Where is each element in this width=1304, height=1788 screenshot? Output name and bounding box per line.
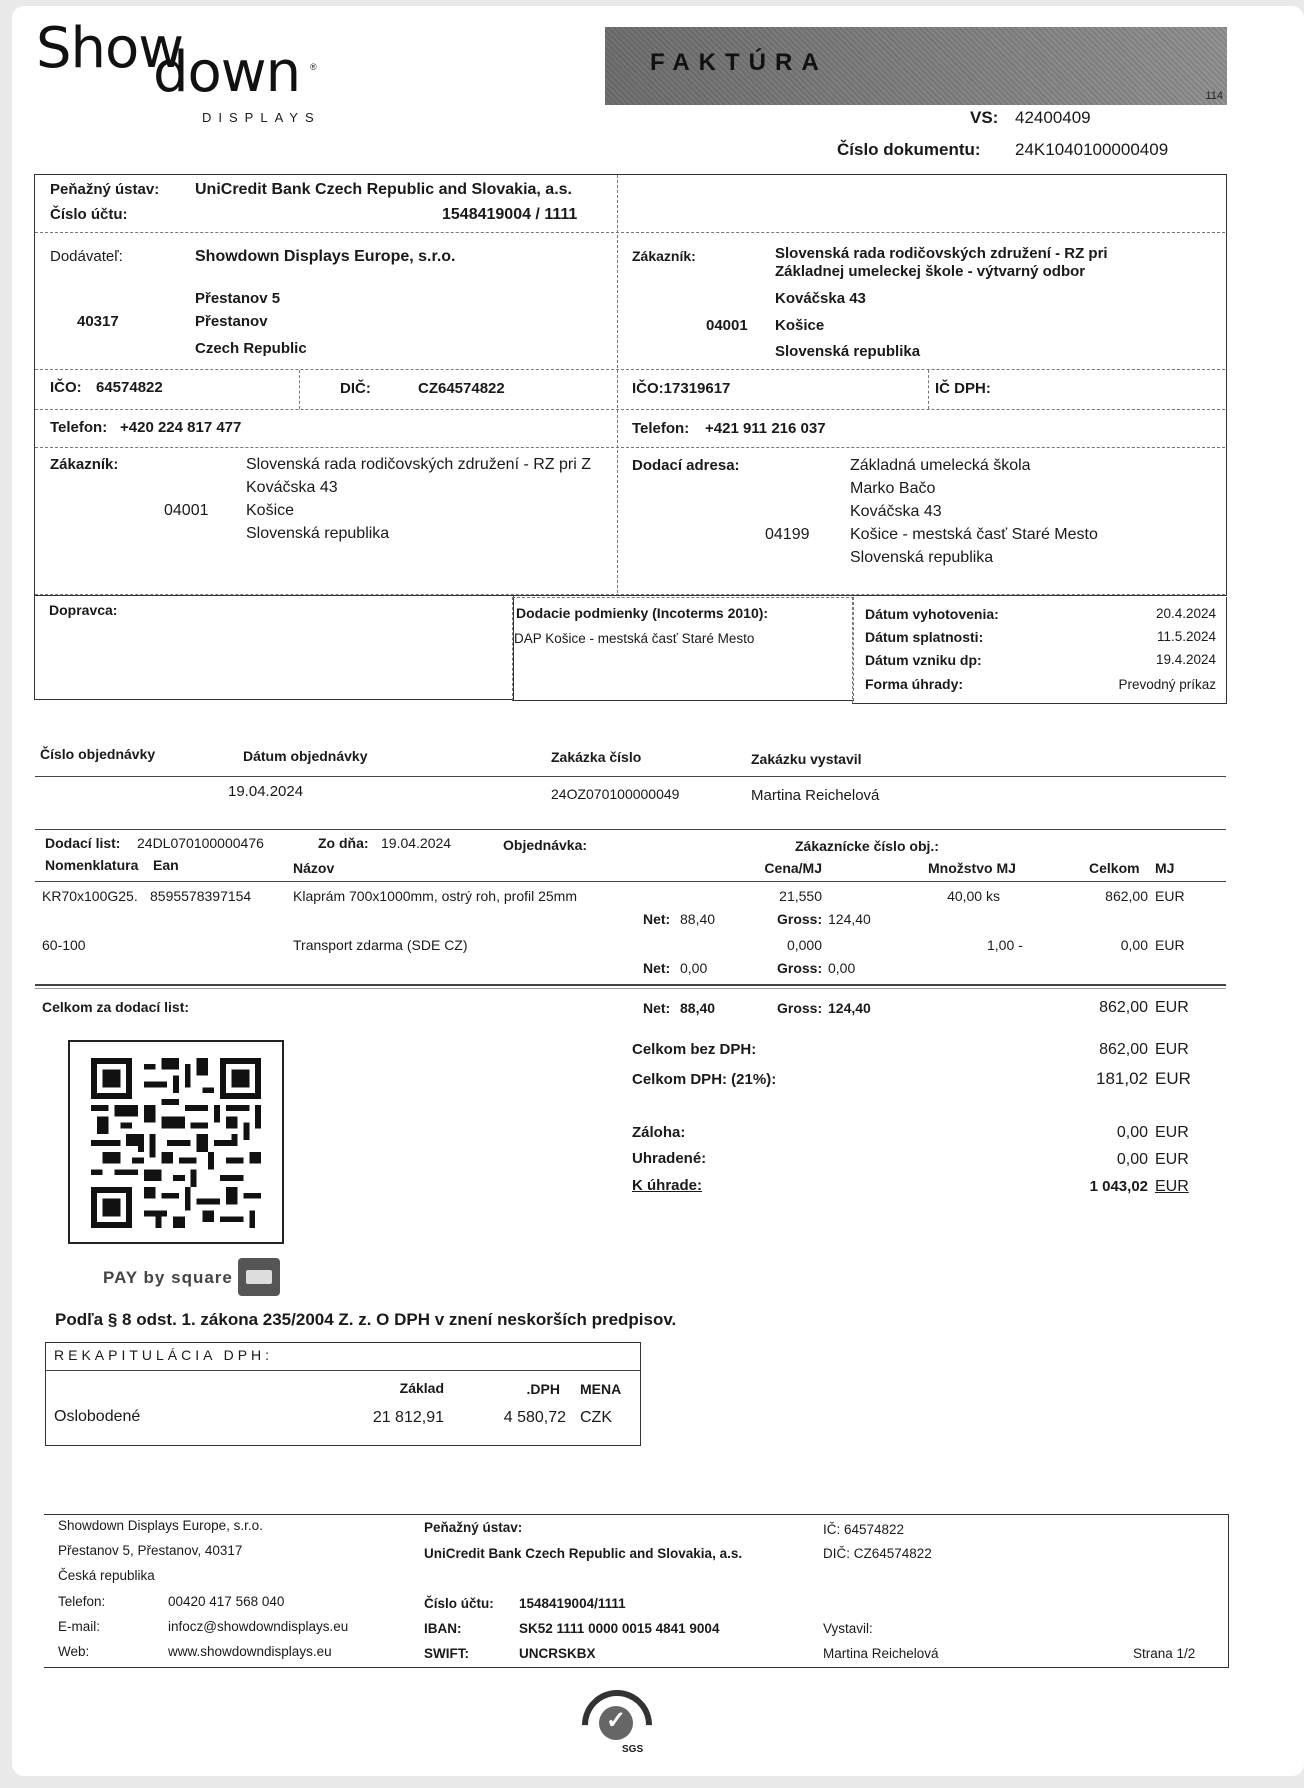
delivery-note-total-label: Celkom za dodací list: [42, 999, 189, 1015]
amount-due-label: K úhrade: [632, 1177, 702, 1194]
col-unit-price: Cena/MJ [740, 860, 822, 876]
account-number: 1548419004 / 1111 [442, 206, 577, 224]
delivery-note-total-currency: EUR [1155, 999, 1189, 1017]
footer-issued-by: Martina Reichelová [823, 1646, 939, 1661]
delivery-address-country: Slovenská republika [850, 549, 993, 567]
col-ean: Ean [153, 857, 179, 873]
legal-note: Podľa § 8 odst. 1. zákona 235/2004 Z. z.… [55, 1310, 676, 1330]
registered-mark: ® [310, 62, 317, 72]
vs-label: VS: [970, 108, 998, 128]
carrier-label: Dopravca: [49, 602, 117, 618]
supplier-dic: CZ64574822 [418, 380, 505, 397]
amount-due-currency: EUR [1155, 1178, 1189, 1196]
col-unit: MJ [1155, 860, 1174, 876]
delivery-note-date-label: Zo dňa: [318, 835, 369, 851]
customer2-street: Kováčska 43 [246, 479, 338, 497]
vat-total-value: 181,02 [1040, 1069, 1148, 1089]
supplier-city: Přestanov [195, 313, 268, 330]
vat-row-base: 21 812,91 [340, 1409, 444, 1427]
footer-country: Česká republika [58, 1568, 155, 1583]
delivery-note-label: Dodací list: [45, 835, 120, 851]
contract-number-value: 24OZ070100000049 [551, 786, 679, 802]
divider [928, 370, 929, 409]
delivery-note-number: 24DL070100000476 [137, 835, 264, 851]
footer-bank-name: UniCredit Bank Czech Republic and Slovak… [424, 1546, 742, 1561]
paid-label: Uhradené: [632, 1150, 706, 1167]
divider [35, 369, 1225, 370]
date-due-value: 11.5.2024 [1060, 629, 1216, 644]
col-quantity: Množstvo MJ [928, 860, 1016, 876]
date-taxable-value: 19.4.2024 [1060, 652, 1216, 667]
footer-swift-label: SWIFT: [424, 1646, 469, 1661]
item-name: Klaprám 700x1000mm, ostrý roh, profil 25… [293, 888, 577, 904]
logo-word-down: down [153, 40, 300, 105]
footer-dic: DIČ: CZ64574822 [823, 1546, 932, 1561]
vat-row-currency: CZK [580, 1409, 612, 1427]
order-date-header: Dátum objednávky [243, 748, 367, 764]
paid-currency: EUR [1155, 1151, 1189, 1169]
item-unit-price: 21,550 [720, 888, 822, 904]
item-net: 88,40 [680, 911, 715, 927]
qr-code-icon [90, 1058, 262, 1228]
vat-row-label: Oslobodené [54, 1408, 140, 1426]
footer-ic: IČ: 64574822 [823, 1522, 904, 1537]
divider [35, 984, 1226, 986]
delivery-address-zip: 04199 [765, 526, 810, 544]
delivery-address-line1: Základná umelecká škola [850, 457, 1031, 475]
customer2-zip: 04001 [164, 502, 209, 520]
total-gross-label: Gross: [777, 1000, 822, 1016]
customer-city: Košice [775, 317, 824, 334]
terms-value: DAP Košice - mestská časť Staré Mesto [514, 631, 754, 646]
divider [299, 370, 300, 409]
customer2-country: Slovenská republika [246, 525, 389, 543]
customer-phone: +421 911 216 037 [705, 420, 826, 437]
customer2-label: Zákazník: [50, 456, 118, 473]
divider [35, 988, 1226, 989]
total-without-vat-currency: EUR [1155, 1041, 1189, 1059]
total-without-vat-value: 862,00 [1040, 1041, 1148, 1059]
item-gross-label: Gross: [777, 911, 822, 927]
document-title: FAKTÚRA [650, 49, 828, 77]
item-ean: 8595578397154 [150, 888, 251, 904]
invoice-title-banner: FAKTÚRA 114 [605, 27, 1227, 105]
pay-by-square-label: PAY by square [103, 1268, 233, 1288]
customer-zip: 04001 [706, 317, 748, 334]
order-date-value: 19.04.2024 [228, 783, 303, 800]
vs-value: 42400409 [1015, 108, 1091, 128]
delivery-note-order-label: Objednávka: [503, 837, 587, 853]
document-number-label: Číslo dokumentu: [837, 140, 981, 160]
customer2-name: Slovenská rada rodičovských združení - R… [246, 456, 591, 474]
divider [35, 232, 1225, 233]
footer-phone-label: Telefon: [58, 1594, 105, 1609]
item-quantity: 40,00 ks [900, 888, 1000, 904]
supplier-phone-label: Telefon: [50, 419, 107, 436]
item-currency: EUR [1155, 888, 1185, 904]
delivery-address-city: Košice - mestská časť Staré Mesto [850, 526, 1098, 544]
col-name: Názov [293, 860, 334, 876]
order-number-header: Číslo objednávky [40, 746, 155, 762]
vat-total-currency: EUR [1155, 1069, 1191, 1089]
footer-company-name: Showdown Displays Europe, s.r.o. [58, 1518, 263, 1533]
col-total: Celkom [1089, 860, 1140, 876]
delivery-address-street: Kováčska 43 [850, 503, 942, 521]
footer-bank-label: Peňažný ústav: [424, 1520, 522, 1535]
vat-recap-title: REKAPITULÁCIA DPH: [54, 1347, 273, 1363]
logo-subtitle: DISPLAYS [202, 110, 321, 125]
divider [35, 409, 1225, 410]
advance-value: 0,00 [1040, 1124, 1148, 1142]
divider [35, 776, 1226, 777]
customer-street: Kováčska 43 [775, 290, 866, 307]
footer-phone: 00420 417 568 040 [168, 1594, 284, 1609]
item-gross: 0,00 [828, 960, 855, 976]
account-label: Číslo účtu: [50, 206, 128, 223]
item-gross-label: Gross: [777, 960, 822, 976]
customer-name-line2: Základnej umeleckej škole - výtvarný odb… [775, 263, 1085, 280]
date-issued-label: Dátum vyhotovenia: [865, 606, 999, 622]
footer-email-label: E-mail: [58, 1619, 100, 1634]
payment-method-label: Forma úhrady: [865, 676, 963, 692]
item-code: 60-100 [42, 937, 86, 953]
sgs-label: SGS [622, 1744, 643, 1755]
vat-row-amount: 4 580,72 [470, 1409, 566, 1427]
total-without-vat-label: Celkom bez DPH: [632, 1041, 756, 1058]
item-total: 0,00 [1060, 937, 1148, 953]
col-nomenclature: Nomenklatura [45, 857, 138, 873]
supplier-ico: 64574822 [96, 379, 163, 396]
divider [35, 829, 1226, 830]
payment-qr-code[interactable] [68, 1040, 284, 1244]
contract-number-header: Zakázka číslo [551, 749, 641, 765]
supplier-country: Czech Republic [195, 340, 307, 357]
bank-name: UniCredit Bank Czech Republic and Slovak… [195, 181, 572, 199]
delivery-address-line2: Marko Bačo [850, 480, 935, 498]
date-issued-value: 20.4.2024 [1060, 606, 1216, 621]
customer-name-line1: Slovenská rada rodičovských združení - R… [775, 245, 1108, 262]
card-icon [238, 1258, 280, 1296]
paid-value: 0,00 [1040, 1151, 1148, 1169]
customer-icdph-label: IČ DPH: [935, 380, 991, 397]
checkmark-icon: ✓ [606, 1706, 626, 1735]
document-number-value: 24K1040100000409 [1015, 140, 1168, 160]
divider [35, 447, 1225, 448]
date-taxable-label: Dátum vzniku dp: [865, 652, 982, 668]
total-net: 88,40 [680, 1000, 715, 1016]
page-number: Strana 1/2 [1133, 1646, 1195, 1661]
item-name: Transport zdarma (SDE CZ) [293, 937, 468, 953]
item-total: 862,00 [1060, 888, 1148, 904]
item-currency: EUR [1155, 937, 1185, 953]
footer-web[interactable]: www.showdowndisplays.eu [168, 1644, 332, 1659]
total-net-label: Net: [643, 1000, 670, 1016]
item-net: 0,00 [680, 960, 707, 976]
date-due-label: Dátum splatnosti: [865, 629, 983, 645]
footer-account: 1548419004/1111 [519, 1596, 626, 1611]
item-net-label: Net: [643, 911, 670, 927]
supplier-phone: +420 224 817 477 [120, 419, 241, 436]
footer-iban-label: IBAN: [424, 1621, 462, 1636]
delivery-note-date: 19.04.2024 [381, 835, 451, 851]
advance-currency: EUR [1155, 1124, 1189, 1142]
issued-by-header: Zakázku vystavil [751, 751, 862, 767]
payment-method-value: Prevodný príkaz [1060, 677, 1216, 692]
supplier-dic-label: DIČ: [340, 380, 371, 397]
total-gross: 124,40 [828, 1000, 871, 1016]
delivery-note-total-value: 862,00 [1040, 999, 1148, 1017]
divider [35, 881, 1226, 882]
item-quantity: 1,00 - [987, 937, 1023, 953]
advance-label: Záloha: [632, 1124, 685, 1141]
amount-due-value: 1 043,02 [1040, 1178, 1148, 1195]
footer-web-label: Web: [58, 1644, 89, 1659]
footer-issued-label: Vystavil: [823, 1621, 873, 1636]
supplier-street: Přestanov 5 [195, 290, 280, 307]
item-code: KR70x100G25. [42, 888, 138, 904]
divider [46, 1370, 640, 1371]
footer-account-label: Číslo účtu: [424, 1596, 494, 1611]
supplier-zip: 40317 [77, 313, 119, 330]
customer-phone-label: Telefon: [632, 420, 689, 437]
supplier-label: Dodávateľ: [50, 248, 123, 265]
vat-currency-header: MENA [580, 1381, 621, 1397]
item-gross: 124,40 [828, 911, 871, 927]
customer-country: Slovenská republika [775, 343, 920, 360]
customer2-city: Košice [246, 502, 294, 520]
customer-order-label: Zákaznícke číslo obj.: [795, 838, 939, 854]
footer-email[interactable]: infocz@showdowndisplays.eu [168, 1619, 348, 1634]
supplier-name: Showdown Displays Europe, s.r.o. [195, 248, 456, 266]
item-net-label: Net: [643, 960, 670, 976]
issued-by-value: Martina Reichelová [751, 787, 879, 804]
banner-code: 114 [1205, 90, 1223, 102]
item-unit-price: 0,000 [720, 937, 822, 953]
bank-label: Peňažný ústav: [50, 181, 159, 198]
vat-amount-header: .DPH [480, 1381, 560, 1397]
customer-label: Zákazník: [632, 248, 696, 264]
customer-ico: IČO:17319617 [632, 380, 730, 397]
footer-address: Přestanov 5, Přestanov, 40317 [58, 1543, 242, 1558]
delivery-address-label: Dodací adresa: [632, 457, 740, 474]
footer-iban: SK52 1111 0000 0015 4841 9004 [519, 1621, 719, 1636]
vat-total-label: Celkom DPH: (21%): [632, 1071, 776, 1088]
terms-label: Dodacie podmienky (Incoterms 2010): [516, 605, 768, 621]
supplier-ico-label: IČO: [50, 379, 82, 396]
vat-base-header: Základ [340, 1380, 444, 1396]
divider [617, 175, 618, 593]
footer-swift: UNCRSKBX [519, 1646, 596, 1661]
